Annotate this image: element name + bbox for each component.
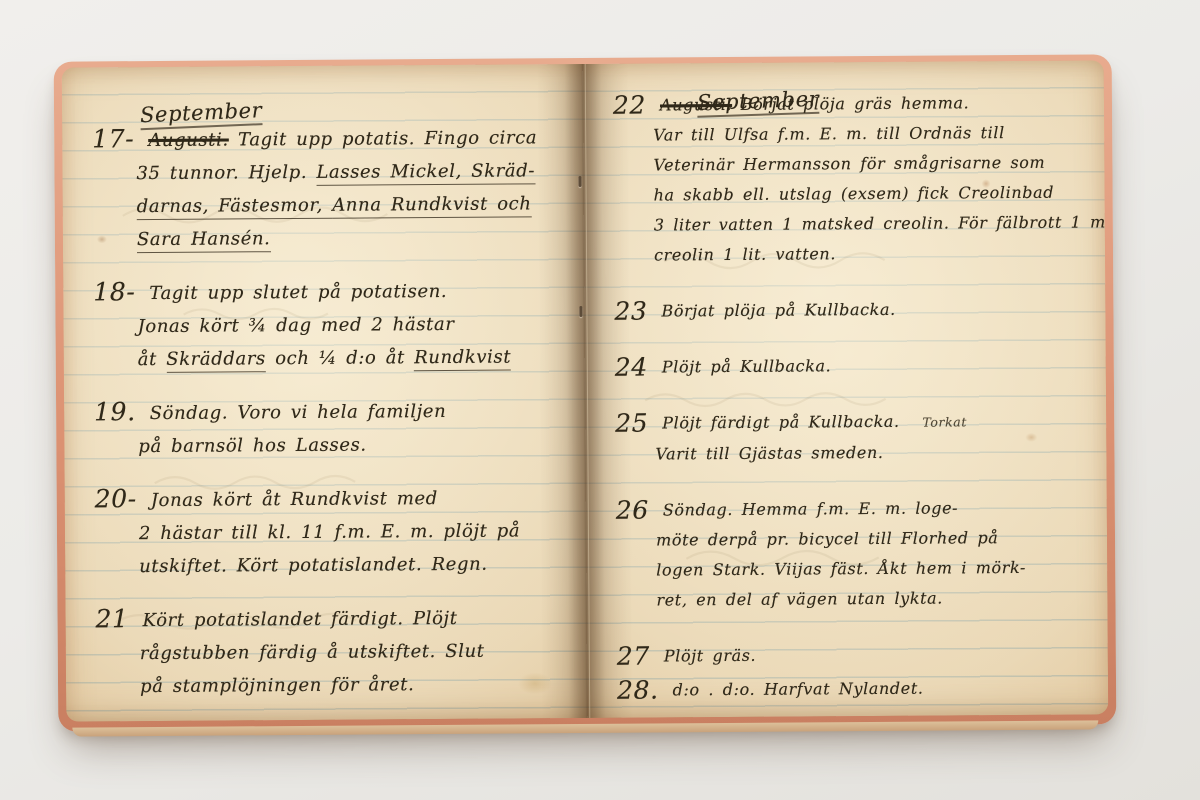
entry-line: möte derpå pr. bicycel till Florhed på (656, 522, 1093, 555)
diary-book: September 17-Augusti. Tagit upp potatis.… (54, 54, 1117, 731)
entry-text-segment: Tagit upp slutet på potatisen. (149, 281, 447, 304)
entry-line: logen Stark. Viijas fäst. Åkt hem i mörk… (656, 552, 1093, 585)
entry-line: åt Skräddars och ¼ d:o åt Rundkvist (138, 340, 567, 376)
diary-entry: 28.d:o . d:o. Harfvat Nylandet. (617, 672, 1094, 705)
entry-text-segment: utskiftet. Kört potatislandet. Regn. (139, 554, 488, 577)
entry-text-segment: möte derpå pr. bicycel till Florhed på (656, 528, 998, 549)
entry-line: Jonas kört åt Rundkvist med (151, 488, 438, 511)
entry-text-segment: Torkat (922, 414, 967, 429)
entry-day: 27 (617, 642, 650, 671)
entry-text-segment: ha skabb ell. utslag (exsem) fick Creoli… (654, 183, 1055, 205)
entry-line: Plöjt färdigt på Kullbacka. Torkat (662, 411, 967, 432)
entry-text-segment: Börjat plöja gräs hemma. (732, 93, 969, 114)
entry-text-segment: åt (138, 349, 167, 370)
entry-day: 17- (92, 124, 134, 153)
diary-page-left: September 17-Augusti. Tagit upp potatis.… (62, 64, 588, 722)
entry-text-segment: Jonas kört åt Rundkvist med (151, 488, 438, 511)
entry-line: Söndag. Voro vi hela familjen (150, 401, 447, 424)
diary-entry: 23Börjat plöja på Kullbacka. (614, 293, 1091, 326)
entry-text-segment: Var till Ulfsa f.m. E. m. till Ordnäs ti… (653, 123, 1005, 144)
entry-day: 18- (93, 277, 135, 306)
entry-text-segment: Söndag. Voro vi hela familjen (150, 401, 447, 424)
entry-line: utskiftet. Kört potatislandet. Regn. (139, 547, 568, 583)
entry-line: Augusti. Tagit upp potatis. Fingo circa (148, 127, 537, 151)
entry-line: Var till Ulfsa f.m. E. m. till Ordnäs ti… (653, 117, 1090, 150)
entry-text-segment: d:o . d:o. Harfvat Nylandet. (673, 679, 924, 700)
entry-line: d:o . d:o. Harfvat Nylandet. (673, 679, 924, 700)
entry-day: 20- (95, 484, 137, 513)
entry-day: 19. (94, 397, 136, 426)
open-spread: September 17-Augusti. Tagit upp potatis.… (62, 60, 1109, 721)
entry-day: 22 (613, 91, 646, 120)
entry-text-segment: Börjat plöja på Kullbacka. (661, 300, 895, 321)
entry-day: 21 (95, 604, 128, 633)
entry-line: 3 liter vatten 1 matsked creolin. För fä… (654, 207, 1091, 240)
diary-entry: 19.Söndag. Voro vi hela familjenpå barns… (94, 394, 567, 463)
entry-line: Plöjt gräs. (664, 646, 756, 666)
entry-day: 24 (615, 353, 648, 382)
entry-text-segment: 2 hästar till kl. 11 f.m. E. m. plöjt på (139, 520, 520, 544)
entry-line: 2 hästar till kl. 11 f.m. E. m. plöjt på (139, 514, 568, 550)
entry-line: på stamplöjningen för året. (140, 667, 569, 703)
entry-line: Augusti. Börjat plöja gräs hemma. (660, 93, 969, 114)
entry-line: darnas, Fästesmor, Anna Rundkvist och (137, 187, 566, 223)
entry-line: 35 tunnor. Hjelp. Lasses Mickel, Skräd- (136, 154, 565, 190)
entry-text-segment: Lasses Mickel, Skräd- (316, 160, 535, 186)
entry-line: Plöjt på Kullbacka. (662, 356, 832, 376)
entry-day: 25 (615, 409, 648, 438)
entry-line: Tagit upp slutet på potatisen. (149, 281, 447, 304)
entry-day: 28. (617, 675, 659, 704)
entry-text-segment: Plöjt färdigt på Kullbacka. (662, 412, 908, 433)
entry-text-segment: Plöjt på Kullbacka. (662, 356, 832, 376)
entry-line: Veterinär Hermansson för smågrisarne som (653, 147, 1090, 180)
entry-text-segment: rågstubben färdig å utskiftet. Slut (140, 641, 485, 664)
entry-line: Jonas kört ¾ dag med 2 hästar (137, 307, 566, 343)
entry-text-segment: Anna Rundkvist och (332, 193, 531, 218)
entry-text-segment: 3 liter vatten 1 matsked creolin. För fä… (654, 212, 1108, 234)
entry-line: Sara Hansén. (137, 220, 566, 256)
entry-text-segment: 35 tunnor. Hjelp. (136, 162, 316, 184)
entry-text-segment: Tagit upp potatis. Fingo circa (229, 127, 538, 150)
entry-line: rågstubben färdig å utskiftet. Slut (140, 634, 569, 670)
entry-text-segment: på barnsöl hos Lasses. (138, 435, 366, 458)
entry-line: ha skabb ell. utslag (exsem) fick Creoli… (654, 177, 1091, 210)
entry-text-segment: Plöjt gräs. (664, 646, 756, 666)
entries-right: 22Augusti. Börjat plöja gräs hemma.Var t… (613, 87, 1094, 705)
entry-text-segment: Varit till Gjästas smeden. (655, 443, 883, 464)
entry-line: Söndag. Hemma f.m. E. m. loge- (663, 498, 958, 519)
photo-backdrop: September 17-Augusti. Tagit upp potatis.… (0, 0, 1200, 800)
entry-text-segment: på stamplöjningen för året. (140, 674, 414, 697)
entry-day: 26 (616, 496, 649, 525)
entry-text-segment: creolin 1 lit. vatten. (654, 244, 836, 264)
entry-line: på barnsöl hos Lasses. (138, 427, 567, 463)
diary-entry: 26Söndag. Hemma f.m. E. m. loge-möte der… (616, 492, 1094, 615)
entry-text-segment: Jonas kört ¾ dag med 2 hästar (137, 314, 454, 337)
entry-text-segment: ret, en del af vägen utan lykta. (656, 589, 943, 610)
entry-text-segment: Sara Hansén. (137, 228, 271, 253)
diary-entry: 22Augusti. Börjat plöja gräs hemma.Var t… (613, 87, 1091, 270)
diary-entry: 20-Jonas kört åt Rundkvist med2 hästar t… (95, 481, 569, 583)
diary-entry: 25Plöjt färdigt på Kullbacka. TorkatVari… (615, 405, 1092, 469)
entry-day: 23 (614, 297, 647, 326)
diary-page-right: September 22Augusti. Börjat plöja gräs h… (583, 60, 1109, 718)
diary-entry: 21Kört potatislandet färdigt. Plöjtrågst… (95, 601, 569, 703)
diary-entry: 17-Augusti. Tagit upp potatis. Fingo cir… (92, 121, 566, 256)
entry-line: ret, en del af vägen utan lykta. (656, 582, 1093, 615)
entry-text-segment: darnas, Fästesmor, (137, 195, 333, 220)
entry-text-segment: logen Stark. Viijas fäst. Åkt hem i mörk… (656, 558, 1026, 580)
entry-text-segment: Rundkvist (414, 347, 511, 372)
entry-text-segment: och ¼ d:o åt (266, 347, 415, 369)
diary-entry: 18-Tagit upp slutet på potatisen.Jonas k… (93, 274, 567, 376)
entry-text-segment: Söndag. Hemma f.m. E. m. loge- (663, 498, 958, 519)
entries-left: 17-Augusti. Tagit upp potatis. Fingo cir… (92, 121, 569, 703)
entry-text-segment: Kört potatislandet färdigt. Plöjt (143, 608, 458, 631)
entry-text-segment: Augusti. (148, 129, 229, 151)
entry-text-segment: Augusti. (660, 95, 732, 115)
entry-line: Börjat plöja på Kullbacka. (661, 300, 895, 321)
entry-text-segment: Skräddars (166, 348, 266, 373)
entry-line: Kört potatislandet färdigt. Plöjt (143, 608, 458, 631)
entry-line: Varit till Gjästas smeden. (655, 436, 1092, 469)
diary-entry: 27Plöjt gräs. (617, 638, 1094, 671)
entry-text-segment: Veterinär Hermansson för smågrisarne som (653, 153, 1045, 175)
entry-line: creolin 1 lit. vatten. (654, 237, 1091, 270)
diary-entry: 24Plöjt på Kullbacka. (615, 349, 1092, 382)
